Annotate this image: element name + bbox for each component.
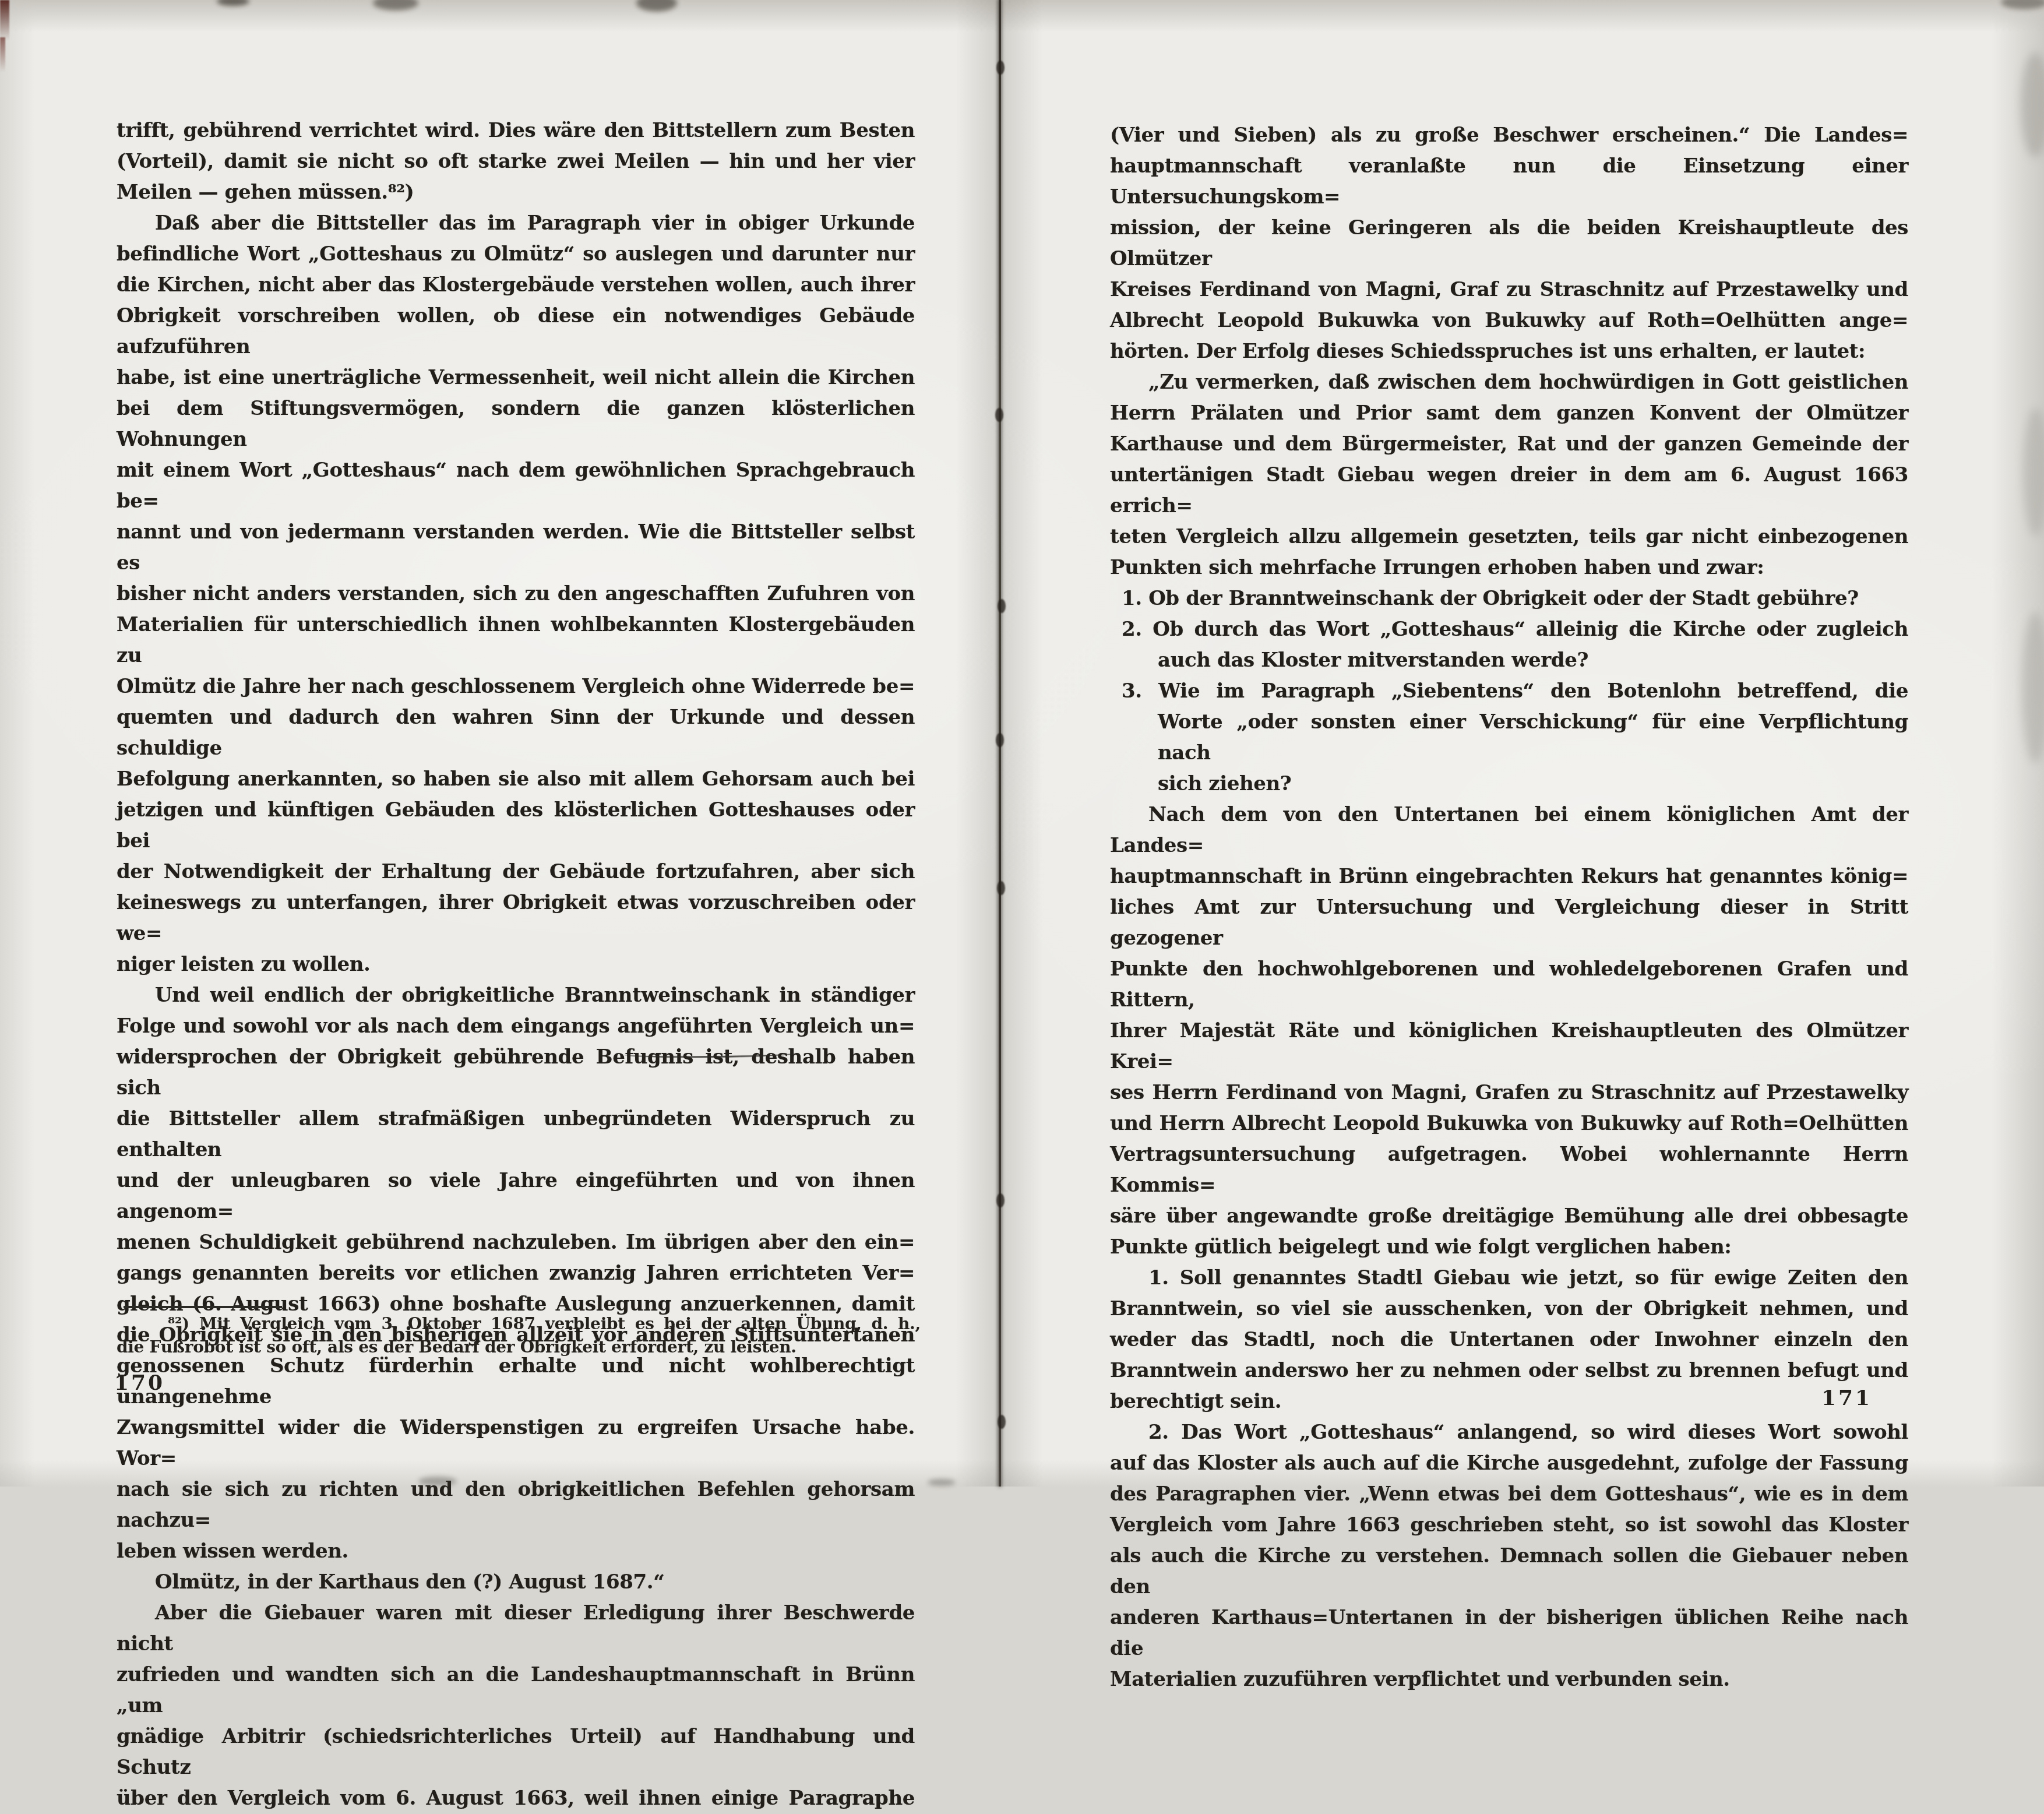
- text-line: die Fußrobot ist so oft, als es der Beda…: [117, 1336, 921, 1359]
- text-line: trifft, gebührend verrichtet wird. Dies …: [117, 115, 915, 146]
- text-line: berechtigt sein.: [1110, 1386, 1908, 1417]
- text-line: ⁸²) Mit Vergleich vom 3. Oktober 1687 ve…: [117, 1312, 921, 1336]
- text-line: ses Herrn Ferdinand von Magni, Grafen zu…: [1110, 1077, 1908, 1108]
- text-line: des Paragraphen vier. „Wenn etwas bei de…: [1110, 1479, 1908, 1487]
- text-line: menen Schuldigkeit gebührend nachzuleben…: [117, 1227, 915, 1258]
- text-line: die Bittsteller allem strafmäßigen unbeg…: [117, 1104, 915, 1165]
- text-line: auf das Kloster als auch auf die Kirche …: [1110, 1448, 1908, 1479]
- text-line: 1. Soll genanntes Stadtl Giebau wie jetz…: [1110, 1263, 1908, 1294]
- page-number-right: 171: [1821, 1386, 1872, 1410]
- paragraph: trifft, gebührend verrichtet wird. Dies …: [117, 115, 915, 208]
- text-line: Befolgung anerkannten, so haben sie also…: [117, 764, 915, 795]
- text-line: die Kirchen, nicht aber das Klostergebäu…: [117, 270, 915, 301]
- text-line: und der unleugbaren so viele Jahre einge…: [117, 1165, 915, 1227]
- paragraph: „Zu vermerken, daß zwischen dem hochwürd…: [1110, 367, 1908, 583]
- text-line: mit einem Wort „Gotteshaus“ nach dem gew…: [117, 455, 915, 517]
- text-line: 2. Das Wort „Gotteshaus“ anlangend, so w…: [1110, 1417, 1908, 1448]
- binding-stitch-mark: [998, 1415, 1006, 1429]
- text-line: hörten. Der Erfolg dieses Schiedsspruche…: [1110, 336, 1908, 367]
- text-line: Und weil endlich der obrigkeitliche Bran…: [117, 980, 915, 1011]
- text-line: 1. Ob der Branntweinschank der Obrigkeit…: [1158, 583, 1908, 614]
- scan-edge-shading: [2022, 612, 2044, 763]
- text-line: Olmütz die Jahre her nach geschlossenem …: [117, 671, 915, 702]
- page-number-left: 170: [114, 1371, 165, 1395]
- text-line: Albrecht Leopold Bukuwka von Bukuwky auf…: [1110, 305, 1908, 336]
- text-line: hauptmannschaft in Brünn eingebrachten R…: [1110, 861, 1908, 892]
- text-line: befindliche Wort „Gotteshaus zu Olmütz“ …: [117, 239, 915, 270]
- text-line: der Notwendigkeit der Erhaltung der Gebä…: [117, 857, 915, 887]
- binding-stitch-mark: [997, 881, 1005, 895]
- scan-edge-red-mark: [0, 37, 5, 72]
- paragraph: Daß aber die Bittsteller das im Paragrap…: [117, 208, 915, 980]
- text-line: sich ziehen?: [1158, 769, 1908, 799]
- scan-edge-smudge: [373, 0, 418, 10]
- footnote: ⁸²) Mit Vergleich vom 3. Oktober 1687 ve…: [117, 1312, 921, 1359]
- binding-stitch-mark: [996, 1193, 1005, 1207]
- scan-edge-smudge: [2001, 0, 2044, 9]
- text-line: Punkte gütlich beigelegt und wie folgt v…: [1110, 1232, 1908, 1263]
- paragraph: Und weil endlich der obrigkeitliche Bran…: [117, 980, 915, 1487]
- binding-stitch-mark: [996, 733, 1004, 747]
- paragraph: 1. Soll genanntes Stadtl Giebau wie jetz…: [1110, 1263, 1908, 1417]
- text-line: niger leisten zu wollen.: [117, 949, 915, 980]
- text-line: jetzigen und künftigen Gebäuden des klös…: [117, 795, 915, 857]
- footnote-separator-rule: [124, 1306, 282, 1308]
- text-line: widersprochen der Obrigkeit gebührende B…: [117, 1042, 915, 1104]
- list-item: 2. Ob durch das Wort „Gotteshaus“ allein…: [1110, 614, 1908, 676]
- text-line: und Herrn Albrecht Leopold Bukuwka von B…: [1110, 1108, 1908, 1139]
- text-line: Obrigkeit vorschreiben wollen, ob diese …: [117, 301, 915, 362]
- text-line: Branntwein anderswo her zu nehmen oder s…: [1110, 1355, 1908, 1386]
- text-line: (Vorteil), damit sie nicht so oft starke…: [117, 146, 915, 177]
- text-line: Branntwein, so viel sie ausschenken, von…: [1110, 1294, 1908, 1325]
- text-line: Punkte den hochwohlgeborenen und wohlede…: [1110, 954, 1908, 1016]
- scan-edge-smudge: [636, 0, 677, 12]
- text-line: Meilen — gehen müssen.⁸²): [117, 177, 915, 208]
- text-line: Zwangsmittel wider die Widerspenstigen z…: [117, 1413, 915, 1474]
- text-line: nach sie sich zu richten und den obrigke…: [117, 1474, 915, 1487]
- paragraph: Nach dem von den Untertanen bei einem kö…: [1110, 799, 1908, 1263]
- binding-stitch-mark: [996, 61, 1005, 75]
- text-line: genossenen Schutz fürderhin erhalte und …: [117, 1351, 915, 1413]
- text-line: mission, der keine Geringeren als die be…: [1110, 213, 1908, 274]
- text-line: habe, ist eine unerträgliche Vermessenhe…: [117, 362, 915, 393]
- scan-edge-smudge: [928, 1479, 956, 1486]
- list-item: 3. Wie im Paragraph „Siebentens“ den Bot…: [1110, 676, 1908, 799]
- text-line: Ihrer Majestät Räte und königlichen Krei…: [1110, 1016, 1908, 1077]
- text-line: Folge und sowohl vor als nach dem eingan…: [117, 1011, 915, 1042]
- text-line: bisher nicht anders verstanden, sich zu …: [117, 579, 915, 610]
- text-line: teten Vergleich allzu allgemein gesetzte…: [1110, 522, 1908, 552]
- text-line: Nach dem von den Untertanen bei einem kö…: [1110, 799, 1908, 861]
- text-line: Vertragsuntersuchung aufgetragen. Wobei …: [1110, 1139, 1908, 1201]
- text-line: Herrn Prälaten und Prior samt dem ganzen…: [1110, 398, 1908, 429]
- text-line: hauptmannschaft veranlaßte nun die Einse…: [1110, 151, 1908, 213]
- text-line: Worte „oder sonsten einer Verschickung“ …: [1158, 707, 1908, 769]
- text-line: (Vier und Sieben) als zu große Beschwer …: [1110, 120, 1908, 151]
- text-line: „Zu vermerken, daß zwischen dem hochwürd…: [1110, 367, 1908, 398]
- text-line: auch das Kloster mitverstanden werde?: [1158, 645, 1908, 676]
- scan-edge-smudge: [217, 0, 249, 6]
- text-line: säre über angewandte große dreitägige Be…: [1110, 1201, 1908, 1232]
- right-page-text-block: (Vier und Sieben) als zu große Beschwer …: [1110, 120, 1908, 1487]
- text-line: Kreises Ferdinand von Magni, Graf zu Str…: [1110, 274, 1908, 305]
- left-page-text-block: trifft, gebührend verrichtet wird. Dies …: [117, 115, 915, 1487]
- text-line: weder das Stadtl, noch die Untertanen od…: [1110, 1325, 1908, 1355]
- text-line: Daß aber die Bittsteller das im Paragrap…: [117, 208, 915, 239]
- text-line: 3. Wie im Paragraph „Siebentens“ den Bot…: [1158, 676, 1908, 707]
- text-line: keineswegs zu unterfangen, ihrer Obrigke…: [117, 887, 915, 949]
- text-line: quemten und dadurch den wahren Sinn der …: [117, 702, 915, 764]
- text-line: nannt und von jedermann verstanden werde…: [117, 517, 915, 579]
- list-item: 1. Ob der Branntweinschank der Obrigkeit…: [1110, 583, 1908, 614]
- paragraph: (Vier und Sieben) als zu große Beschwer …: [1110, 120, 1908, 367]
- text-line: Materialien für unterschiedlich ihnen wo…: [117, 610, 915, 671]
- binding-stitch-mark: [998, 599, 1006, 613]
- scan-edge-shading: [2023, 408, 2044, 536]
- book-scan: trifft, gebührend verrichtet wird. Dies …: [0, 0, 2044, 1487]
- text-line: Punkten sich mehrfache Irrungen erhoben …: [1110, 552, 1908, 583]
- text-line: 2. Ob durch das Wort „Gotteshaus“ allein…: [1158, 614, 1908, 645]
- scan-edge-shading: [2021, 52, 2044, 157]
- text-line: untertänigen Stadt Giebau wegen dreier i…: [1110, 460, 1908, 522]
- scan-edge-red-mark: [0, 0, 9, 41]
- binding-stitch-mark: [995, 408, 1003, 422]
- paragraph: 2. Das Wort „Gotteshaus“ anlangend, so w…: [1110, 1417, 1908, 1487]
- text-line: bei dem Stiftungsvermögen, sondern die g…: [117, 393, 915, 455]
- text-line: gangs genannten bereits vor etlichen zwa…: [117, 1258, 915, 1289]
- text-line: liches Amt zur Untersuchung und Vergleic…: [1110, 892, 1908, 954]
- text-line: Karthause und dem Bürgermeister, Rat und…: [1110, 429, 1908, 460]
